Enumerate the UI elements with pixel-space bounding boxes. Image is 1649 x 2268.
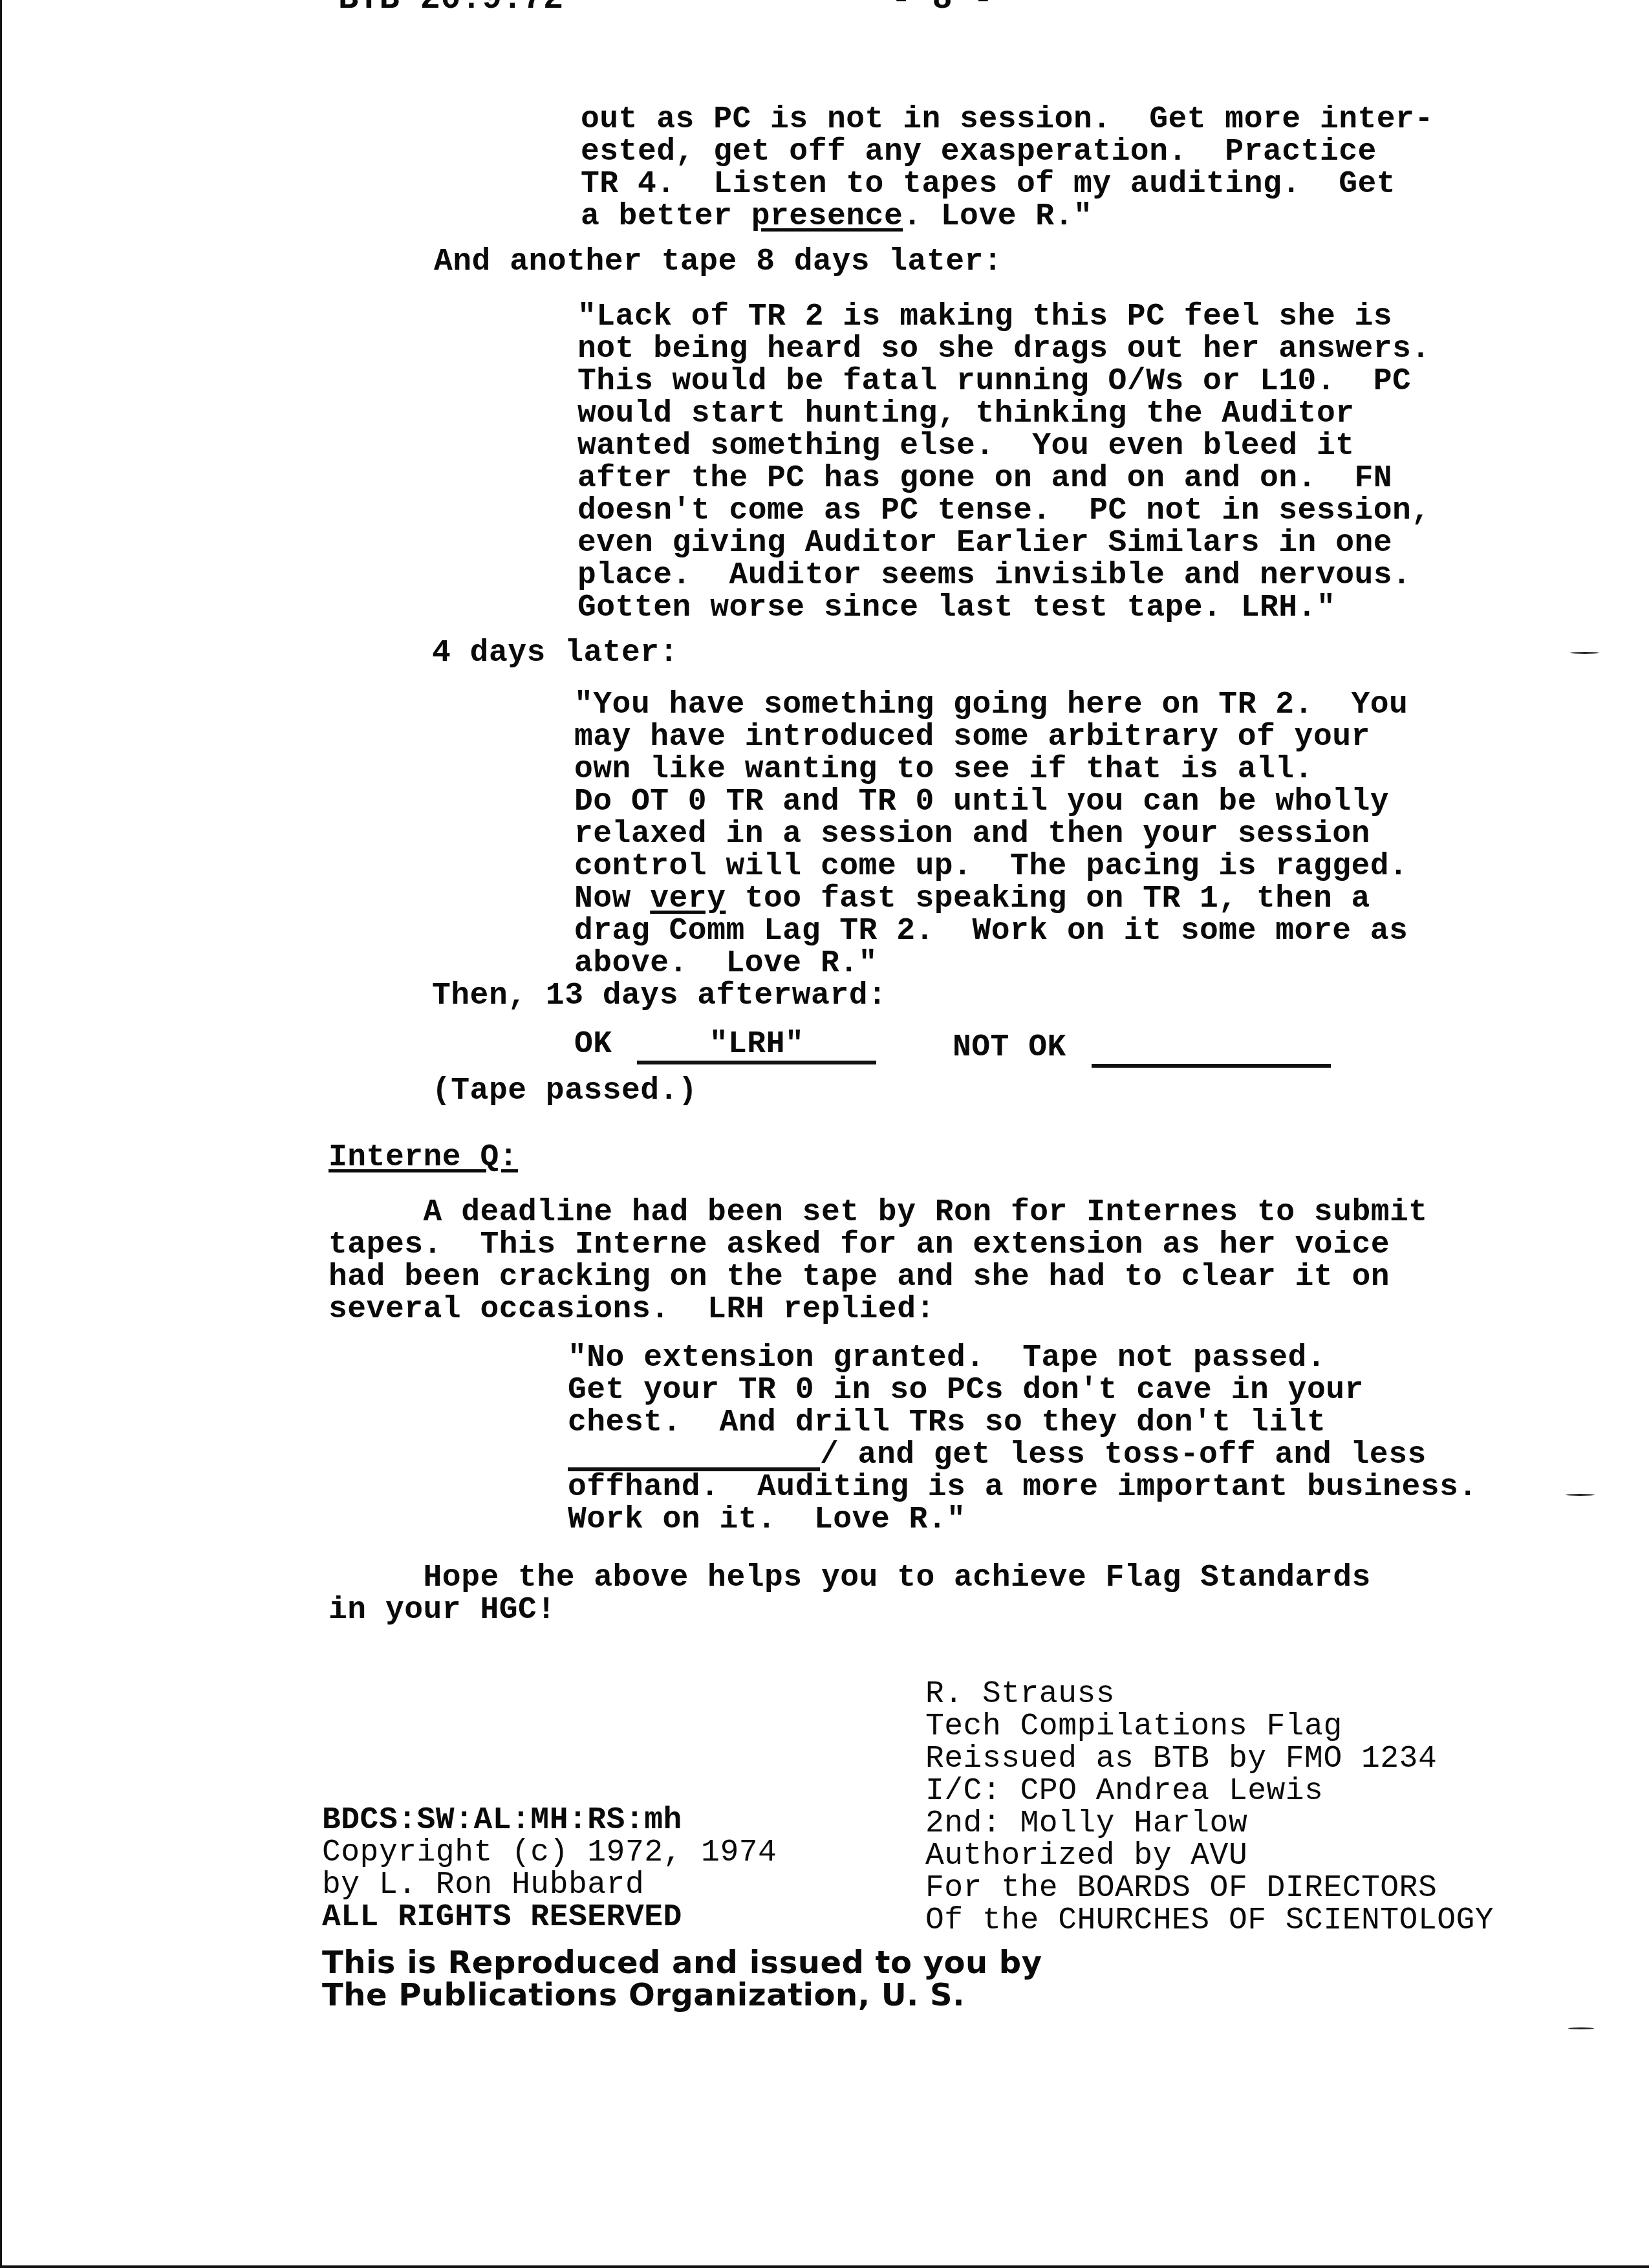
page-number: - 8 - — [891, 0, 994, 16]
quote-line: above. Love R." — [574, 947, 1408, 980]
publisher-line: This is Reproduced and issued to you by — [322, 1947, 1042, 1979]
quote-line: place. Auditor seems invisible and nervo… — [577, 559, 1430, 592]
quote-line: wanted something else. You even bleed it — [577, 430, 1430, 462]
signature-line: Authorized by AVU — [925, 1840, 1494, 1872]
copyright-block: BDCS:SW:AL:MH:RS:mh Copyright (c) 1972, … — [322, 1804, 777, 1934]
paragraph-line: several occasions. LRH replied: — [329, 1293, 1428, 1326]
grading-ok-label: OK — [574, 1028, 612, 1061]
signature-line: R. Strauss — [925, 1678, 1494, 1711]
quote-line: Gotten worse since last test tape. LRH." — [577, 592, 1430, 624]
quote-line: may have introduced some arbitrary of yo… — [574, 721, 1408, 753]
quote-line: own like wanting to see if that is all. — [574, 753, 1408, 786]
publisher-line: The Publications Organization, U. S. — [322, 1979, 1042, 2011]
quote-line: control will come up. The pacing is ragg… — [574, 850, 1408, 883]
paragraph-line: in your HGC! — [329, 1594, 1371, 1626]
signature-line: I/C: CPO Andrea Lewis — [925, 1775, 1494, 1808]
intro-text: And another tape 8 days later: — [434, 246, 1002, 278]
quote-line: This would be fatal running O/Ws or L10.… — [577, 365, 1430, 398]
quote-line: even giving Auditor Earlier Similars in … — [577, 527, 1430, 559]
copyright-line: BDCS:SW:AL:MH:RS:mh — [322, 1804, 777, 1837]
blank-line — [568, 1439, 820, 1471]
intro-text: 4 days later: — [432, 637, 678, 669]
signature-line: Tech Compilations Flag — [925, 1711, 1494, 1743]
paragraph-line: Hope the above helps you to achieve Flag… — [329, 1562, 1371, 1594]
quote-line: out as PC is not in session. Get more in… — [581, 103, 1434, 136]
signature-line: Reissued as BTB by FMO 1234 — [925, 1743, 1494, 1775]
grading-not-ok-label: NOT OK — [953, 1031, 1066, 1064]
quote-line: relaxed in a session and then your sessi… — [574, 818, 1408, 850]
quote-line: Get your TR 0 in so PCs don't cave in yo… — [568, 1374, 1478, 1407]
quote-block-1: out as PC is not in session. Get more in… — [581, 103, 1434, 233]
quote-line: / and get less toss-off and less — [568, 1439, 1478, 1471]
quote-line: "No extension granted. Tape not passed. — [568, 1342, 1478, 1374]
emphasis-underline: presence — [751, 199, 903, 234]
signature-line: Of the CHURCHES OF SCIENTOLOGY — [925, 1905, 1494, 1937]
paragraph-line: A deadline had been set by Ron for Inter… — [329, 1196, 1428, 1229]
quote-line: would start hunting, thinking the Audito… — [577, 398, 1430, 430]
quote-line: offhand. Auditing is a more important bu… — [568, 1471, 1478, 1504]
quote-line: chest. And drill TRs so they don't lilt — [568, 1407, 1478, 1439]
copyright-line: by L. Ron Hubbard — [322, 1869, 777, 1901]
paragraph-line: tapes. This Interne asked for an extensi… — [329, 1229, 1428, 1261]
quote-line: Do OT 0 TR and TR 0 until you can be who… — [574, 786, 1408, 818]
bulletin-reference: BTB 20.9.72 — [338, 0, 564, 16]
document-page: BTB 20.9.72 - 8 - out as PC is not in se… — [0, 0, 1649, 2268]
quote-line: after the PC has gone on and on and on. … — [577, 462, 1430, 495]
quote-line: "You have something going here on TR 2. … — [574, 689, 1408, 721]
intro-text: Then, 13 days afterward: — [432, 980, 887, 1012]
quote-block-3: "You have something going here on TR 2. … — [574, 689, 1408, 980]
quote-line: Work on it. Love R." — [568, 1504, 1478, 1536]
quote-line: doesn't come as PC tense. PC not in sess… — [577, 495, 1430, 527]
quote-line: "Lack of TR 2 is making this PC feel she… — [577, 301, 1430, 333]
publisher-note: This is Reproduced and issued to you by … — [322, 1947, 1042, 2011]
quote-line: TR 4. Listen to tapes of my auditing. Ge… — [581, 168, 1434, 200]
section-heading: Interne Q: — [329, 1141, 518, 1174]
scan-mark — [1568, 2027, 1594, 2029]
section-paragraph: A deadline had been set by Ron for Inter… — [329, 1196, 1428, 1326]
quote-block-2: "Lack of TR 2 is making this PC feel she… — [577, 301, 1430, 624]
grading-ok-field: "LRH" — [637, 1028, 876, 1064]
quote-line: drag Comm Lag TR 2. Work on it some more… — [574, 915, 1408, 947]
quote-line: a better presence. Love R." — [581, 200, 1434, 233]
signature-block: R. Strauss Tech Compilations Flag Reissu… — [925, 1678, 1494, 1937]
emphasis-underline: very — [650, 881, 726, 916]
copyright-line: ALL RIGHTS RESERVED — [322, 1901, 777, 1934]
signature-line: For the BOARDS OF DIRECTORS — [925, 1872, 1494, 1905]
scan-mark — [1570, 652, 1599, 654]
paragraph-line: had been cracking on the tape and she ha… — [329, 1261, 1428, 1293]
signature-line: 2nd: Molly Harlow — [925, 1808, 1494, 1840]
quote-block-4: "No extension granted. Tape not passed. … — [568, 1342, 1478, 1536]
quote-line: Now very too fast speaking on TR 1, then… — [574, 883, 1408, 915]
copyright-line: Copyright (c) 1972, 1974 — [322, 1837, 777, 1869]
closing-paragraph: Hope the above helps you to achieve Flag… — [329, 1562, 1371, 1626]
quote-line: ested, get off any exasperation. Practic… — [581, 136, 1434, 168]
grading-not-ok-field — [1092, 1031, 1331, 1068]
quote-line: not being heard so she drags out her ans… — [577, 333, 1430, 365]
tape-passed-note: (Tape passed.) — [432, 1075, 697, 1107]
scan-mark — [1566, 1494, 1595, 1496]
